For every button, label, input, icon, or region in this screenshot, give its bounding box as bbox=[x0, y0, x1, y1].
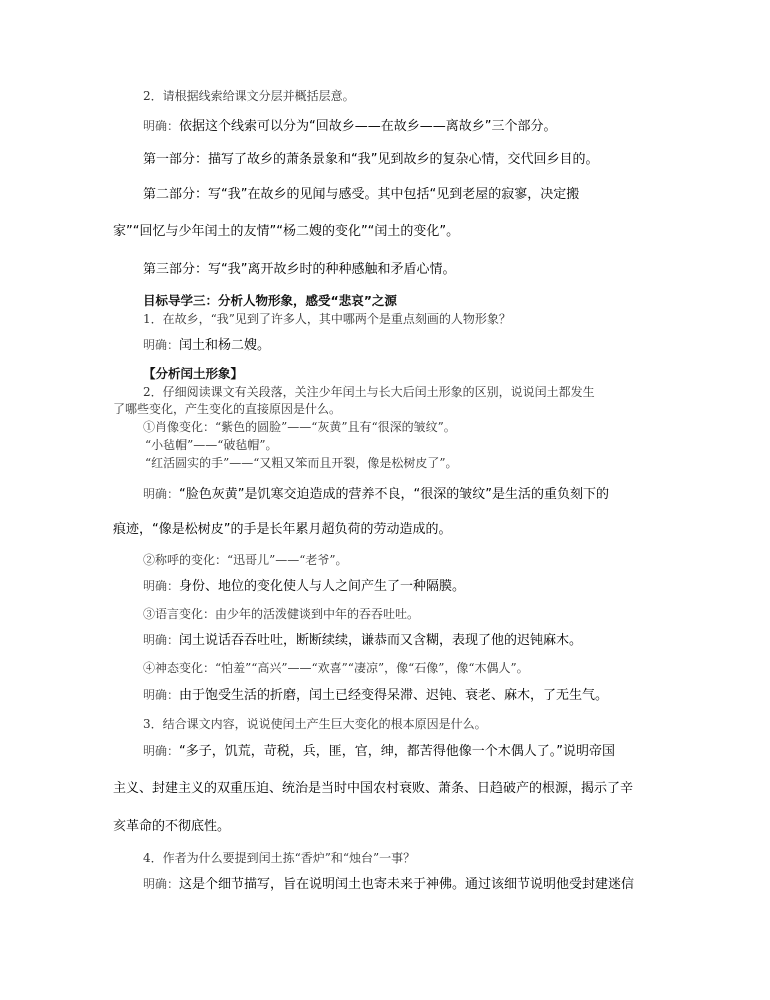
answer-label: 明确： bbox=[143, 633, 179, 647]
answer-text: 这是个细节描写，旨在说明闰土也寄未来于神佛。通过该细节说明他受封建迷信 bbox=[179, 877, 634, 892]
section-heading-goal-three: 目标导学三：分析人物形象，感受“悲哀”之源 bbox=[143, 293, 397, 309]
answer-label: 明确： bbox=[143, 119, 179, 133]
question-1: 1．在故乡，“我”见到了许多人，其中哪两个是重点刻画的人物形象？ bbox=[143, 311, 511, 327]
answer-label: 明确： bbox=[143, 579, 179, 593]
subsection-heading-runtu: 【分析闰土形象】 bbox=[143, 366, 243, 382]
portrait-change-hands: “红活圆实的手”——“又粗又笨而且开裂，像是松树皮了”。 bbox=[145, 455, 458, 471]
answer-cont: 主义、封建主义的双重压迫、统治是当时中国农村衰败、萧条、日趋破产的根源，揭示了辛 bbox=[113, 781, 633, 797]
answer-text: “多子，饥荒，苛税，兵，匪，官，绅，都苦得他像一个木偶人了。”说明帝国 bbox=[179, 744, 615, 759]
answer-line: 明确：“脸色灰黄”是饥寒交迫造成的营养不良，“很深的皱纹”是生活的重负刻下的 bbox=[143, 486, 609, 503]
answer-text: 闰土说话吞吞吐吐，断断续续，谦恭而又含糊，表现了他的迟钝麻木。 bbox=[179, 633, 582, 648]
answer-text: 依据这个线索可以分为“回故乡——在故乡——离故乡”三个部分。 bbox=[179, 119, 556, 134]
answer-text: “脸色灰黄”是饥寒交迫造成的营养不良，“很深的皱纹”是生活的重负刻下的 bbox=[179, 487, 609, 502]
answer-line: 明确：由于饱受生活的折磨，闰土已经变得呆滞、迟钝、衰老、麻木，了无生气。 bbox=[143, 687, 608, 704]
answer-line: 明确：依据这个线索可以分为“回故乡——在故乡——离故乡”三个部分。 bbox=[143, 118, 557, 135]
portrait-change-hat: “小毡帽”——“破毡帽”。 bbox=[145, 437, 278, 453]
portrait-change: ①肖像变化：“紫色的圆脸”——“灰黄”且有“很深的皱纹”。 bbox=[143, 419, 456, 435]
question-4: 4．作者为什么要提到闰土拣“香炉”和“烛台”一事？ bbox=[143, 850, 415, 866]
answer-cont: 亥革命的不彻底性。 bbox=[113, 819, 230, 835]
answer-label: 明确： bbox=[143, 744, 179, 758]
answer-label: 明确： bbox=[143, 688, 179, 702]
language-change: ③语言变化：由少年的活泼健谈到中年的吞吞吐吐。 bbox=[143, 606, 419, 622]
question-2b-cont: 了哪些变化，产生变化的直接原因是什么。 bbox=[113, 401, 341, 417]
answer-line: 明确：闰土说话吞吞吐吐，断断续续，谦恭而又含糊，表现了他的迟钝麻木。 bbox=[143, 632, 582, 649]
part-two-cont: 家”“回忆与少年闰土的友情”“杨二嫂的变化”“闰土的变化”。 bbox=[113, 224, 459, 240]
part-one: 第一部分：描写了故乡的萧条景象和“我”见到故乡的复杂心情，交代回乡目的。 bbox=[143, 152, 598, 168]
answer-line: 明确：身份、地位的变化使人与人之间产生了一种隔膜。 bbox=[143, 578, 465, 595]
answer-text: 闰土和杨二嫂。 bbox=[179, 338, 270, 353]
answer-line: 明确：闰土和杨二嫂。 bbox=[143, 337, 270, 354]
answer-text: 身份、地位的变化使人与人之间产生了一种隔膜。 bbox=[179, 579, 465, 594]
answer-label: 明确： bbox=[143, 487, 179, 501]
question-3: 3．结合课文内容，说说使闰土产生巨大变化的根本原因是什么。 bbox=[143, 716, 487, 732]
answer-cont: 痕迹，“像是松树皮”的手是长年累月超负荷的劳动造成的。 bbox=[113, 522, 451, 538]
answer-label: 明确： bbox=[143, 338, 179, 352]
answer-text: 由于饱受生活的折磨，闰土已经变得呆滞、迟钝、衰老、麻木，了无生气。 bbox=[179, 688, 608, 703]
answer-line: 明确：“多子，饥荒，苛税，兵，匪，官，绅，都苦得他像一个木偶人了。”说明帝国 bbox=[143, 743, 615, 760]
part-two: 第二部分：写“我”在故乡的见闻与感受。其中包括“见到老屋的寂寥，决定搬 bbox=[143, 187, 579, 203]
answer-line: 明确：这是个细节描写，旨在说明闰土也寄未来于神佛。通过该细节说明他受封建迷信 bbox=[143, 876, 634, 893]
answer-label: 明确： bbox=[143, 877, 179, 891]
question-2: 2．请根据线索给课文分层并概括层意。 bbox=[143, 88, 355, 104]
expression-change: ④神态变化：“怕羞”“高兴”——“欢喜”“凄凉”，像“石像”，像“木偶人”。 bbox=[143, 660, 529, 676]
address-change: ②称呼的变化：“迅哥儿”——“老爷”。 bbox=[143, 552, 348, 568]
part-three: 第三部分：写“我”离开故乡时的种种感触和矛盾心情。 bbox=[143, 262, 455, 278]
question-2b: 2．仔细阅读课文有关段落，关注少年闰土与长大后闰土形象的区别，说说闰土都发生 bbox=[143, 384, 595, 400]
